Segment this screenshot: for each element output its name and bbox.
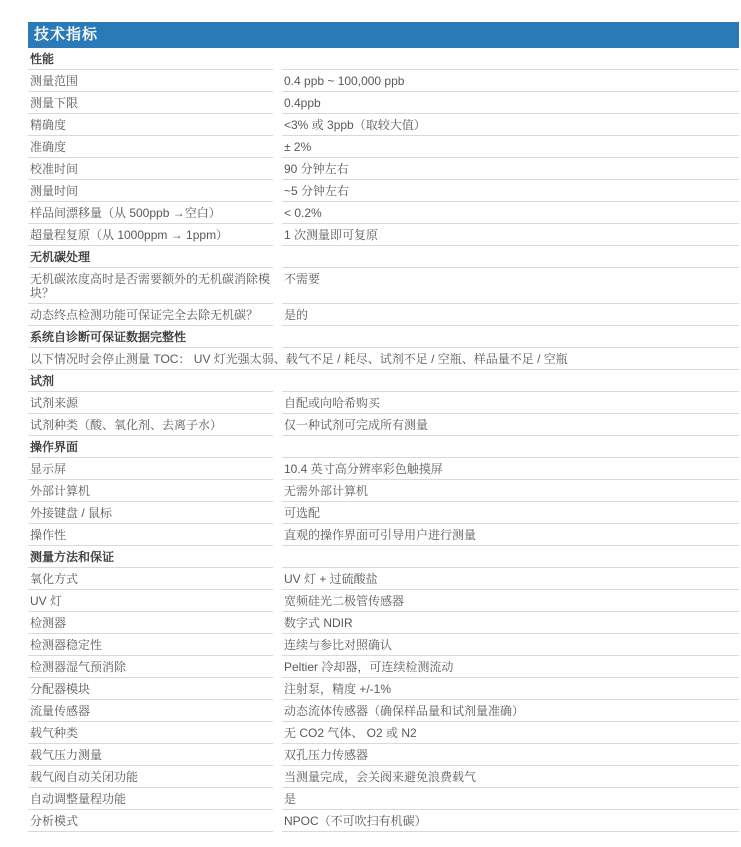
section-row: 测量方法和保证	[28, 546, 739, 568]
spec-page: 技术指标 性能测量范围0.4 ppb ~ 100,000 ppb测量下限0.4p…	[0, 0, 741, 847]
spec-label: 样品间漂移量（从 500ppb →空白）	[28, 202, 273, 224]
section-label: 无机碳处理	[28, 246, 273, 268]
spec-row: 操作性直观的操作界面可引导用户进行测量	[28, 524, 739, 546]
spec-label: 动态终点检测功能可保证完全去除无机碳？	[28, 304, 273, 326]
spec-row: 精确度<3% 或 3ppb（取较大值）	[28, 114, 739, 136]
column-gap	[273, 180, 282, 202]
column-gap	[273, 568, 282, 590]
section-label: 测量方法和保证	[28, 546, 273, 568]
spec-value: UV 灯 + 过硫酸盐	[282, 568, 739, 590]
spec-row: 分配器模块注射泵，精度 +/-1%	[28, 678, 739, 700]
spec-row: 检测器数字式 NDIR	[28, 612, 739, 634]
column-gap	[273, 392, 282, 414]
spec-row: 氧化方式UV 灯 + 过硫酸盐	[28, 568, 739, 590]
spec-row: 试剂种类（酸、氧化剂、去离子水）仅一种试剂可完成所有测量	[28, 414, 739, 436]
spec-label: 超量程复原（从 1000ppm → 1ppm）	[28, 224, 273, 246]
spec-value: < 0.2%	[282, 202, 739, 224]
section-label: 试剂	[28, 370, 273, 392]
section-row: 操作界面	[28, 436, 739, 458]
spec-row: 检测器稳定性连续与参比对照确认	[28, 634, 739, 656]
spec-row: 无机碳浓度高时是否需要额外的无机碳消除模块？不需要	[28, 268, 739, 304]
spec-label: 分析模式	[28, 810, 273, 832]
column-gap	[273, 48, 282, 70]
spec-value: 动态流体传感器（确保样品量和试剂量准确）	[282, 700, 739, 722]
spec-label: 载气压力测量	[28, 744, 273, 766]
spec-value: 90 分钟左右	[282, 158, 739, 180]
spec-value: ~5 分钟左右	[282, 180, 739, 202]
column-gap	[273, 590, 282, 612]
full-width-row: 以下情况时会停止测量 TOC： UV 灯光强太弱、载气不足 / 耗尽、试剂不足 …	[28, 348, 739, 370]
spec-label: 氧化方式	[28, 568, 273, 590]
section-row: 试剂	[28, 370, 739, 392]
spec-row: 显示屏10.4 英寸高分辨率彩色触摸屏	[28, 458, 739, 480]
spec-label: 测量范围	[28, 70, 273, 92]
spec-label: 校准时间	[28, 158, 273, 180]
spec-row: 超量程复原（从 1000ppm → 1ppm）1 次测量即可复原	[28, 224, 739, 246]
column-gap	[273, 326, 282, 348]
column-gap	[273, 202, 282, 224]
spec-label: 外部计算机	[28, 480, 273, 502]
column-gap	[273, 788, 282, 810]
spec-value: 不需要	[282, 268, 739, 304]
spec-label: 检测器稳定性	[28, 634, 273, 656]
spec-row: 动态终点检测功能可保证完全去除无机碳？是的	[28, 304, 739, 326]
column-gap	[273, 524, 282, 546]
column-gap	[273, 744, 282, 766]
spec-row: 检测器湿气预消除Peltier 冷却器，可连续检测流动	[28, 656, 739, 678]
spec-value: 当测量完成，会关阀来避免浪费载气	[282, 766, 739, 788]
section-label: 性能	[28, 48, 273, 70]
spec-row: 载气阀自动关闭功能当测量完成，会关阀来避免浪费载气	[28, 766, 739, 788]
spec-row: 流量传感器动态流体传感器（确保样品量和试剂量准确）	[28, 700, 739, 722]
column-gap	[273, 810, 282, 832]
section-row: 系统自诊断可保证数据完整性	[28, 326, 739, 348]
section-row-spacer	[282, 48, 739, 70]
spec-row: 测量范围0.4 ppb ~ 100,000 ppb	[28, 70, 739, 92]
spec-value: 无 CO2 气体、 O2 或 N2	[282, 722, 739, 744]
spec-label: 检测器湿气预消除	[28, 656, 273, 678]
spec-value: 连续与参比对照确认	[282, 634, 739, 656]
spec-value: 1 次测量即可复原	[282, 224, 739, 246]
spec-row: 测量时间~5 分钟左右	[28, 180, 739, 202]
spec-row: 分析模式NPOC（不可吹扫有机碳）	[28, 810, 739, 832]
section-label: 系统自诊断可保证数据完整性	[28, 326, 273, 348]
spec-row: 载气种类无 CO2 气体、 O2 或 N2	[28, 722, 739, 744]
spec-label: 自动调整量程功能	[28, 788, 273, 810]
spec-label: 显示屏	[28, 458, 273, 480]
spec-label: 载气阀自动关闭功能	[28, 766, 273, 788]
spec-label: 试剂来源	[28, 392, 273, 414]
section-row-spacer	[282, 326, 739, 348]
spec-label: 精确度	[28, 114, 273, 136]
spec-label: 载气种类	[28, 722, 273, 744]
column-gap	[273, 114, 282, 136]
section-row-spacer	[282, 436, 739, 458]
spec-label: 外接键盘 / 鼠标	[28, 502, 273, 524]
spec-value: 直观的操作界面可引导用户进行测量	[282, 524, 739, 546]
spec-value: 仅一种试剂可完成所有测量	[282, 414, 739, 436]
spec-label: 操作性	[28, 524, 273, 546]
section-row-spacer	[282, 370, 739, 392]
spec-label: 试剂种类（酸、氧化剂、去离子水）	[28, 414, 273, 436]
section-row-spacer	[282, 246, 739, 268]
column-gap	[273, 92, 282, 114]
spec-row: 测量下限0.4ppb	[28, 92, 739, 114]
column-gap	[273, 656, 282, 678]
column-gap	[273, 458, 282, 480]
spec-label: 准确度	[28, 136, 273, 158]
spec-value: NPOC（不可吹扫有机碳）	[282, 810, 739, 832]
spec-row: 准确度± 2%	[28, 136, 739, 158]
spec-label: 分配器模块	[28, 678, 273, 700]
column-gap	[273, 480, 282, 502]
spec-row: 自动调整量程功能是	[28, 788, 739, 810]
column-gap	[273, 370, 282, 392]
section-row: 性能	[28, 48, 739, 70]
spec-value: 是	[282, 788, 739, 810]
spec-label: 测量时间	[28, 180, 273, 202]
column-gap	[273, 224, 282, 246]
spec-value: ± 2%	[282, 136, 739, 158]
spec-value: Peltier 冷却器，可连续检测流动	[282, 656, 739, 678]
spec-content: 技术指标 性能测量范围0.4 ppb ~ 100,000 ppb测量下限0.4p…	[28, 22, 739, 832]
page-title: 技术指标	[34, 26, 98, 43]
spec-row: 外接键盘 / 鼠标可选配	[28, 502, 739, 524]
column-gap	[273, 70, 282, 92]
section-row-spacer	[282, 546, 739, 568]
spec-value: 0.4 ppb ~ 100,000 ppb	[282, 70, 739, 92]
column-gap	[273, 634, 282, 656]
spec-value: 可选配	[282, 502, 739, 524]
column-gap	[273, 136, 282, 158]
spec-value: 注射泵，精度 +/-1%	[282, 678, 739, 700]
column-gap	[273, 436, 282, 458]
section-title-bar: 技术指标	[28, 22, 739, 48]
spec-label: 流量传感器	[28, 700, 273, 722]
spec-value: 无需外部计算机	[282, 480, 739, 502]
section-row: 无机碳处理	[28, 246, 739, 268]
spec-label: 检测器	[28, 612, 273, 634]
spec-label: UV 灯	[28, 590, 273, 612]
column-gap	[273, 158, 282, 180]
column-gap	[273, 246, 282, 268]
column-gap	[273, 700, 282, 722]
spec-value: 0.4ppb	[282, 92, 739, 114]
column-gap	[273, 414, 282, 436]
spec-label: 无机碳浓度高时是否需要额外的无机碳消除模块？	[28, 268, 273, 304]
spec-value: 双孔压力传感器	[282, 744, 739, 766]
spec-row: 校准时间90 分钟左右	[28, 158, 739, 180]
spec-value: 10.4 英寸高分辨率彩色触摸屏	[282, 458, 739, 480]
spec-value: 是的	[282, 304, 739, 326]
column-gap	[273, 766, 282, 788]
column-gap	[273, 502, 282, 524]
spec-label: 测量下限	[28, 92, 273, 114]
spec-value: 数字式 NDIR	[282, 612, 739, 634]
spec-row: 试剂来源自配或向哈希购买	[28, 392, 739, 414]
column-gap	[273, 722, 282, 744]
spec-table: 性能测量范围0.4 ppb ~ 100,000 ppb测量下限0.4ppb精确度…	[28, 48, 739, 832]
spec-row: 样品间漂移量（从 500ppb →空白）< 0.2%	[28, 202, 739, 224]
column-gap	[273, 304, 282, 326]
spec-row: UV 灯宽频硅光二极管传感器	[28, 590, 739, 612]
section-label: 操作界面	[28, 436, 273, 458]
full-width-text: 以下情况时会停止测量 TOC： UV 灯光强太弱、载气不足 / 耗尽、试剂不足 …	[28, 348, 739, 370]
column-gap	[273, 268, 282, 304]
spec-row: 外部计算机无需外部计算机	[28, 480, 739, 502]
column-gap	[273, 678, 282, 700]
spec-row: 载气压力测量双孔压力传感器	[28, 744, 739, 766]
spec-value: <3% 或 3ppb（取较大值）	[282, 114, 739, 136]
spec-value: 宽频硅光二极管传感器	[282, 590, 739, 612]
column-gap	[273, 612, 282, 634]
spec-value: 自配或向哈希购买	[282, 392, 739, 414]
column-gap	[273, 546, 282, 568]
